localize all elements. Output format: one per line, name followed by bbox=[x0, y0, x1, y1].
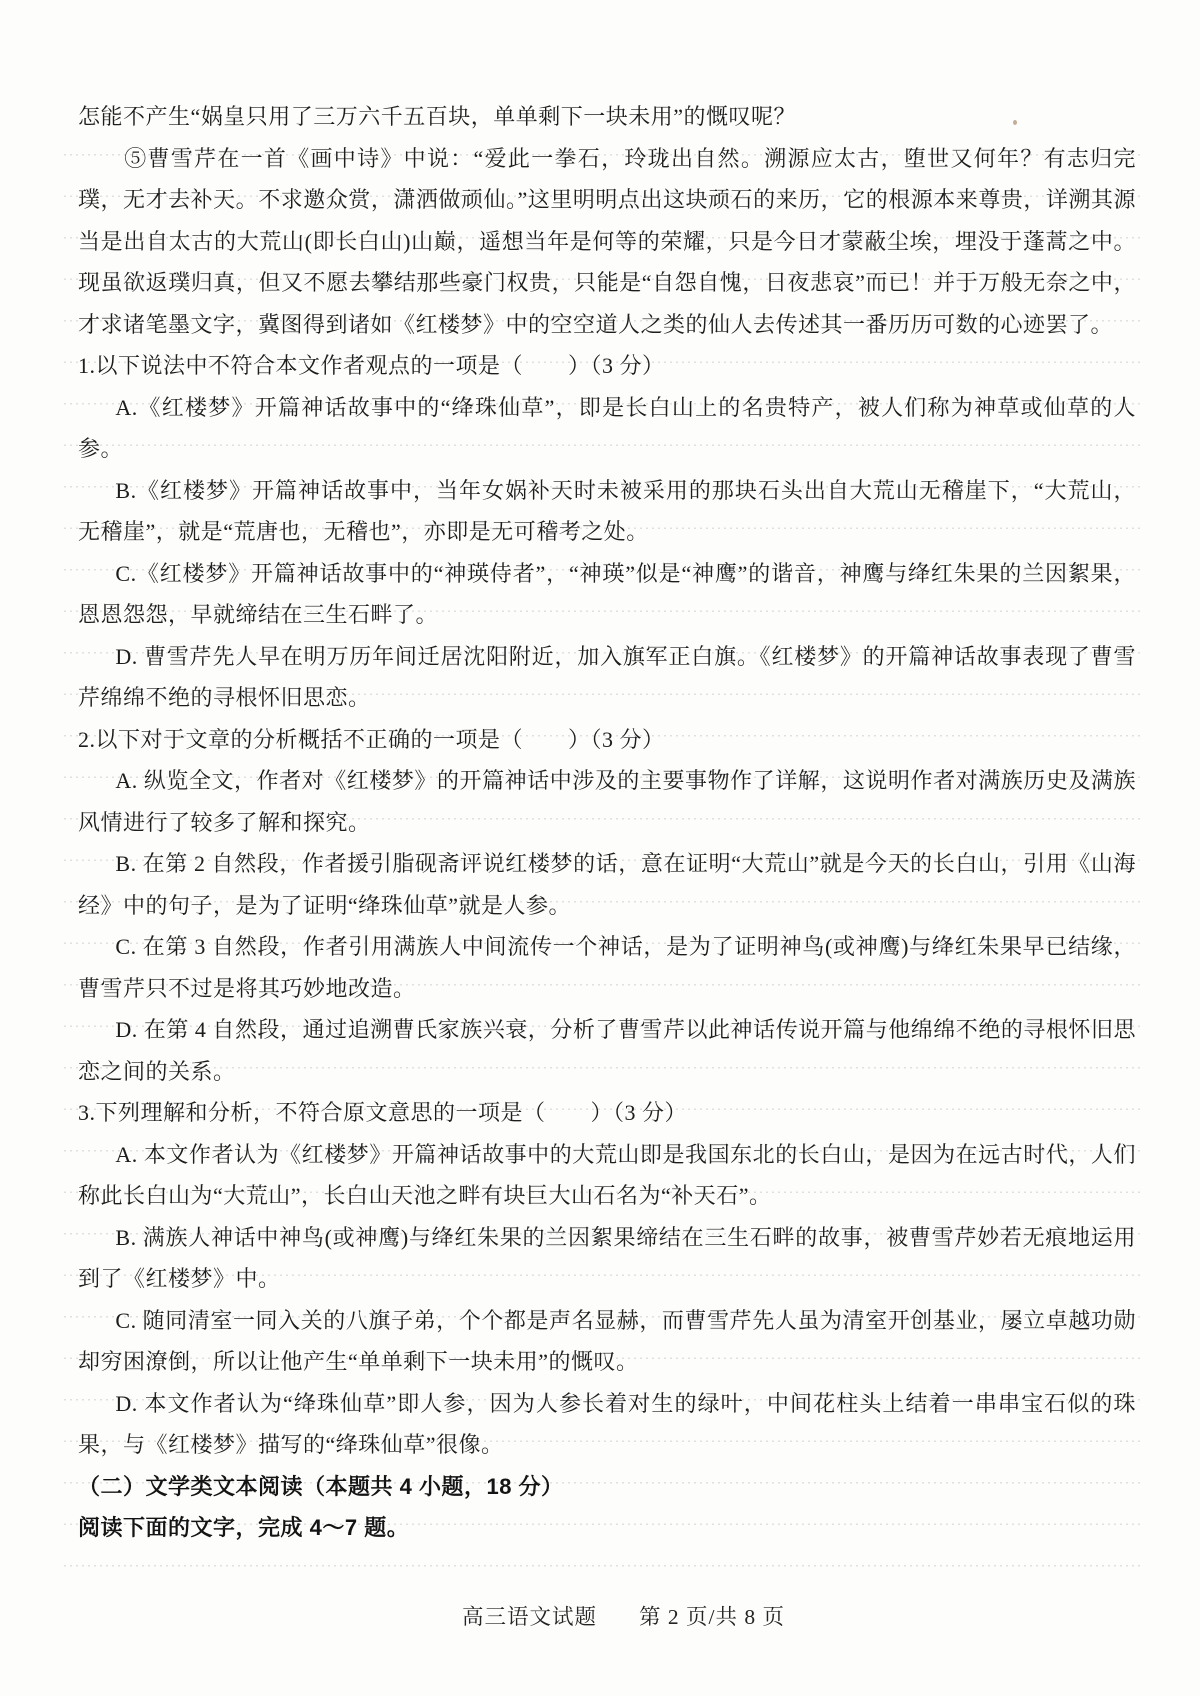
exam-page: 怎能不产生“娲皇只用了三万六千五百块，单单剩下一块未用”的慨叹呢？⑤曹雪芹在一首… bbox=[0, 0, 1200, 1696]
question-text: 2.以下对于文章的分析概括不正确的一项是（ ）（3 分） bbox=[78, 719, 1136, 761]
option-text: D. 在第 4 自然段，通过追溯曹氏家族兴衰，分析了曹雪芹以此神话传说开篇与他绵… bbox=[78, 1009, 1136, 1092]
body-paragraph: 怎能不产生“娲皇只用了三万六千五百块，单单剩下一块未用”的慨叹呢？ bbox=[78, 96, 1136, 138]
exam-text-body: 怎能不产生“娲皇只用了三万六千五百块，单单剩下一块未用”的慨叹呢？⑤曹雪芹在一首… bbox=[78, 96, 1136, 1549]
option-text: C.《红楼梦》开篇神话故事中的“神瑛侍者”，“神瑛”似是“神鹰”的谐音，神鹰与绛… bbox=[78, 553, 1136, 636]
section-heading: 阅读下面的文字，完成 4～7 题。 bbox=[78, 1507, 1136, 1549]
section-heading: （二）文学类文本阅读（本题共 4 小题，18 分） bbox=[78, 1466, 1136, 1508]
option-text: C. 在第 3 自然段，作者引用满族人中间流传一个神话，是为了证明神鸟(或神鹰)… bbox=[78, 926, 1136, 1009]
question-text: 3.下列理解和分析，不符合原文意思的一项是（ ）（3 分） bbox=[78, 1092, 1136, 1134]
page-footer: 高三语文试题 第 2 页/共 8 页 bbox=[462, 1600, 785, 1631]
option-text: A. 本文作者认为《红楼梦》开篇神话故事中的大荒山即是我国东北的长白山，是因为在… bbox=[78, 1134, 1136, 1217]
footer-page-number: 第 2 页/共 8 页 bbox=[639, 1600, 785, 1631]
body-paragraph: ⑤曹雪芹在一首《画中诗》中说：“爱此一拳石，玲珑出自然。溯源应太古，堕世又何年？… bbox=[78, 138, 1136, 346]
option-text: A. 纵览全文，作者对《红楼梦》的开篇神话中涉及的主要事物作了详解，这说明作者对… bbox=[78, 760, 1136, 843]
option-text: B. 满族人神话中神鸟(或神鹰)与绛红朱果的兰因絮果缔结在三生石畔的故事，被曹雪… bbox=[78, 1217, 1136, 1300]
footer-exam-title: 高三语文试题 bbox=[462, 1600, 597, 1631]
option-text: B.《红楼梦》开篇神话故事中，当年女娲补天时未被采用的那块石头出自大荒山无稽崖下… bbox=[78, 470, 1136, 553]
question-text: 1.以下说法中不符合本文作者观点的一项是（ ）（3 分） bbox=[78, 345, 1136, 387]
option-text: D. 曹雪芹先人早在明万历年间迁居沈阳附近，加入旗军正白旗。《红楼梦》的开篇神话… bbox=[78, 636, 1136, 719]
option-text: B. 在第 2 自然段，作者援引脂砚斋评说红楼梦的话，意在证明“大荒山”就是今天… bbox=[78, 843, 1136, 926]
option-text: C. 随同清室一同入关的八旗子弟，个个都是声名显赫，而曹雪芹先人虽为清室开创基业… bbox=[78, 1300, 1136, 1383]
option-text: D. 本文作者认为“绛珠仙草”即人参，因为人参长着对生的绿叶，中间花柱头上结着一… bbox=[78, 1383, 1136, 1466]
option-text: A.《红楼梦》开篇神话故事中的“绛珠仙草”，即是长白山上的名贵特产，被人们称为神… bbox=[78, 387, 1136, 470]
